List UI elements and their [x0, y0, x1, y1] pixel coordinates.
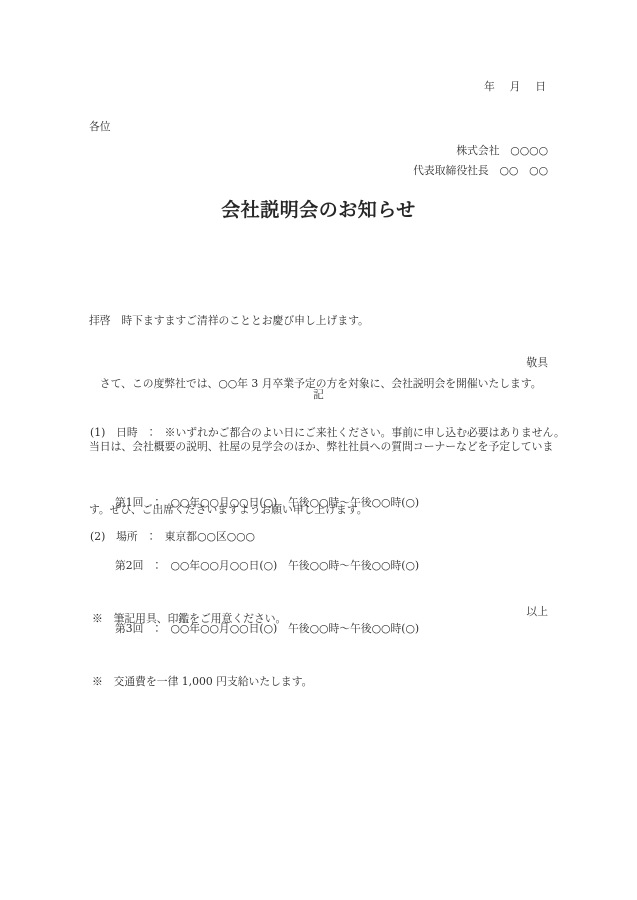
recipient-label: 各位 [89, 116, 111, 137]
item-datetime: (1) 日時 ： ※いずれかご都合のよい日にご来社ください。事前に申し込む必要は… [90, 422, 565, 443]
sender-representative: 代表取締役社長 ○○ ○○ [413, 160, 548, 181]
note-line: ※ 筆記用具、印鑑をご用意ください。 [92, 608, 312, 629]
notes-list: ※ 筆記用具、印鑑をご用意ください。 ※ 交通費を一律 1,000 円支給いたし… [92, 566, 312, 734]
sender-company: 株式会社 ○○○○ [456, 140, 548, 161]
note-line: ※ 交通費を一律 1,000 円支給いたします。 [92, 671, 312, 692]
item-location: (2) 場所 ： 東京都○○区○○○ [90, 526, 255, 547]
date-line: 年 月 日 [484, 76, 548, 97]
letter-page: 年 月 日 各位 株式会社 ○○○○ 代表取締役社長 ○○ ○○ 会社説明会のお… [0, 0, 637, 900]
record-marker: 記 [0, 384, 637, 405]
body-line: 拝啓 時下ますますご清祥のこととお慶び申し上げます。 [89, 310, 553, 331]
page-title: 会社説明会のお知らせ [0, 197, 637, 223]
schedule-line: 第1回 ： ○○年○○月○○日(○) 午後○○時～午後○○時(○) [115, 492, 419, 513]
end-marker: 以上 [526, 601, 548, 622]
closing-keigu: 敬具 [526, 352, 548, 373]
